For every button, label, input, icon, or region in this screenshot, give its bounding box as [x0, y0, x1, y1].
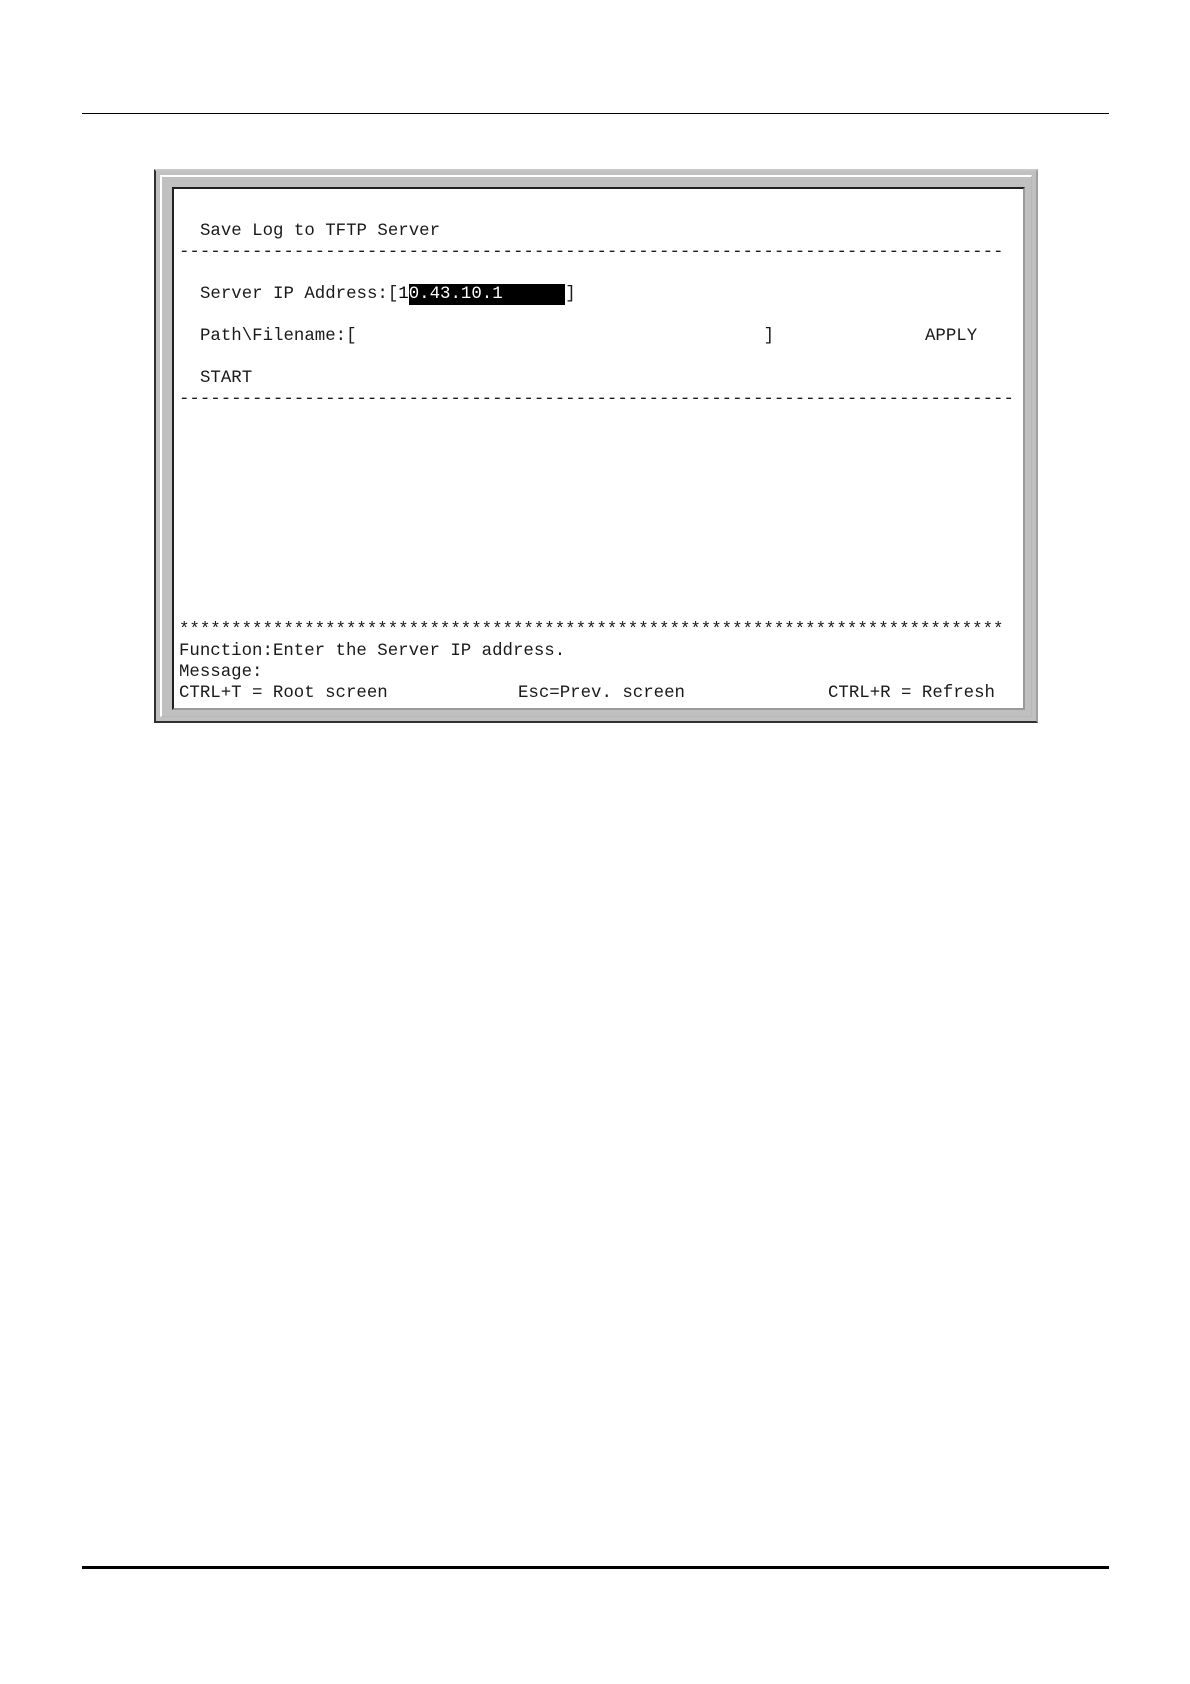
message-label: Message:	[179, 663, 263, 682]
path-filename-label: Path\Filename:	[200, 327, 346, 346]
terminal-screen: Save Log to TFTP Server ----------------…	[172, 187, 1025, 710]
message-row: Message:	[179, 662, 263, 683]
hotkey-prev-screen[interactable]: Esc=Prev. screen	[518, 683, 685, 704]
start-button[interactable]: START	[200, 368, 252, 389]
separator-line-top: ----------------------------------------…	[179, 242, 1003, 263]
path-filename-close-bracket: ]	[764, 327, 774, 346]
function-text: Enter the Server IP address.	[273, 642, 565, 661]
path-filename-open-bracket: [	[346, 327, 356, 346]
page-footer-rule	[82, 1566, 1109, 1569]
server-ip-value: 0.43.10.1	[409, 284, 566, 305]
terminal-window: Save Log to TFTP Server ----------------…	[154, 169, 1038, 723]
apply-button[interactable]: APPLY	[925, 326, 977, 347]
separator-line-middle: ----------------------------------------…	[179, 389, 1014, 410]
path-filename-input[interactable]	[357, 327, 764, 346]
screen-title: Save Log to TFTP Server	[200, 221, 440, 242]
page-header-rule	[82, 113, 1109, 114]
hotkey-refresh[interactable]: CTRL+R = Refresh	[828, 683, 995, 704]
function-label: Function:	[179, 642, 273, 661]
server-ip-row: Server IP Address:[10.43.10.1 ]	[200, 284, 576, 305]
server-ip-open-bracket: [	[388, 285, 398, 304]
function-row: Function:Enter the Server IP address.	[179, 641, 565, 662]
server-ip-label: Server IP Address:	[200, 285, 388, 304]
text-cursor: 1	[398, 284, 408, 305]
separator-line-stars: ****************************************…	[179, 620, 1003, 641]
hotkey-root-screen[interactable]: CTRL+T = Root screen	[179, 683, 388, 704]
path-filename-row: Path\Filename:[ ]	[200, 326, 774, 347]
server-ip-close-bracket: ]	[565, 285, 575, 304]
server-ip-input[interactable]: 10.43.10.1	[398, 285, 565, 304]
